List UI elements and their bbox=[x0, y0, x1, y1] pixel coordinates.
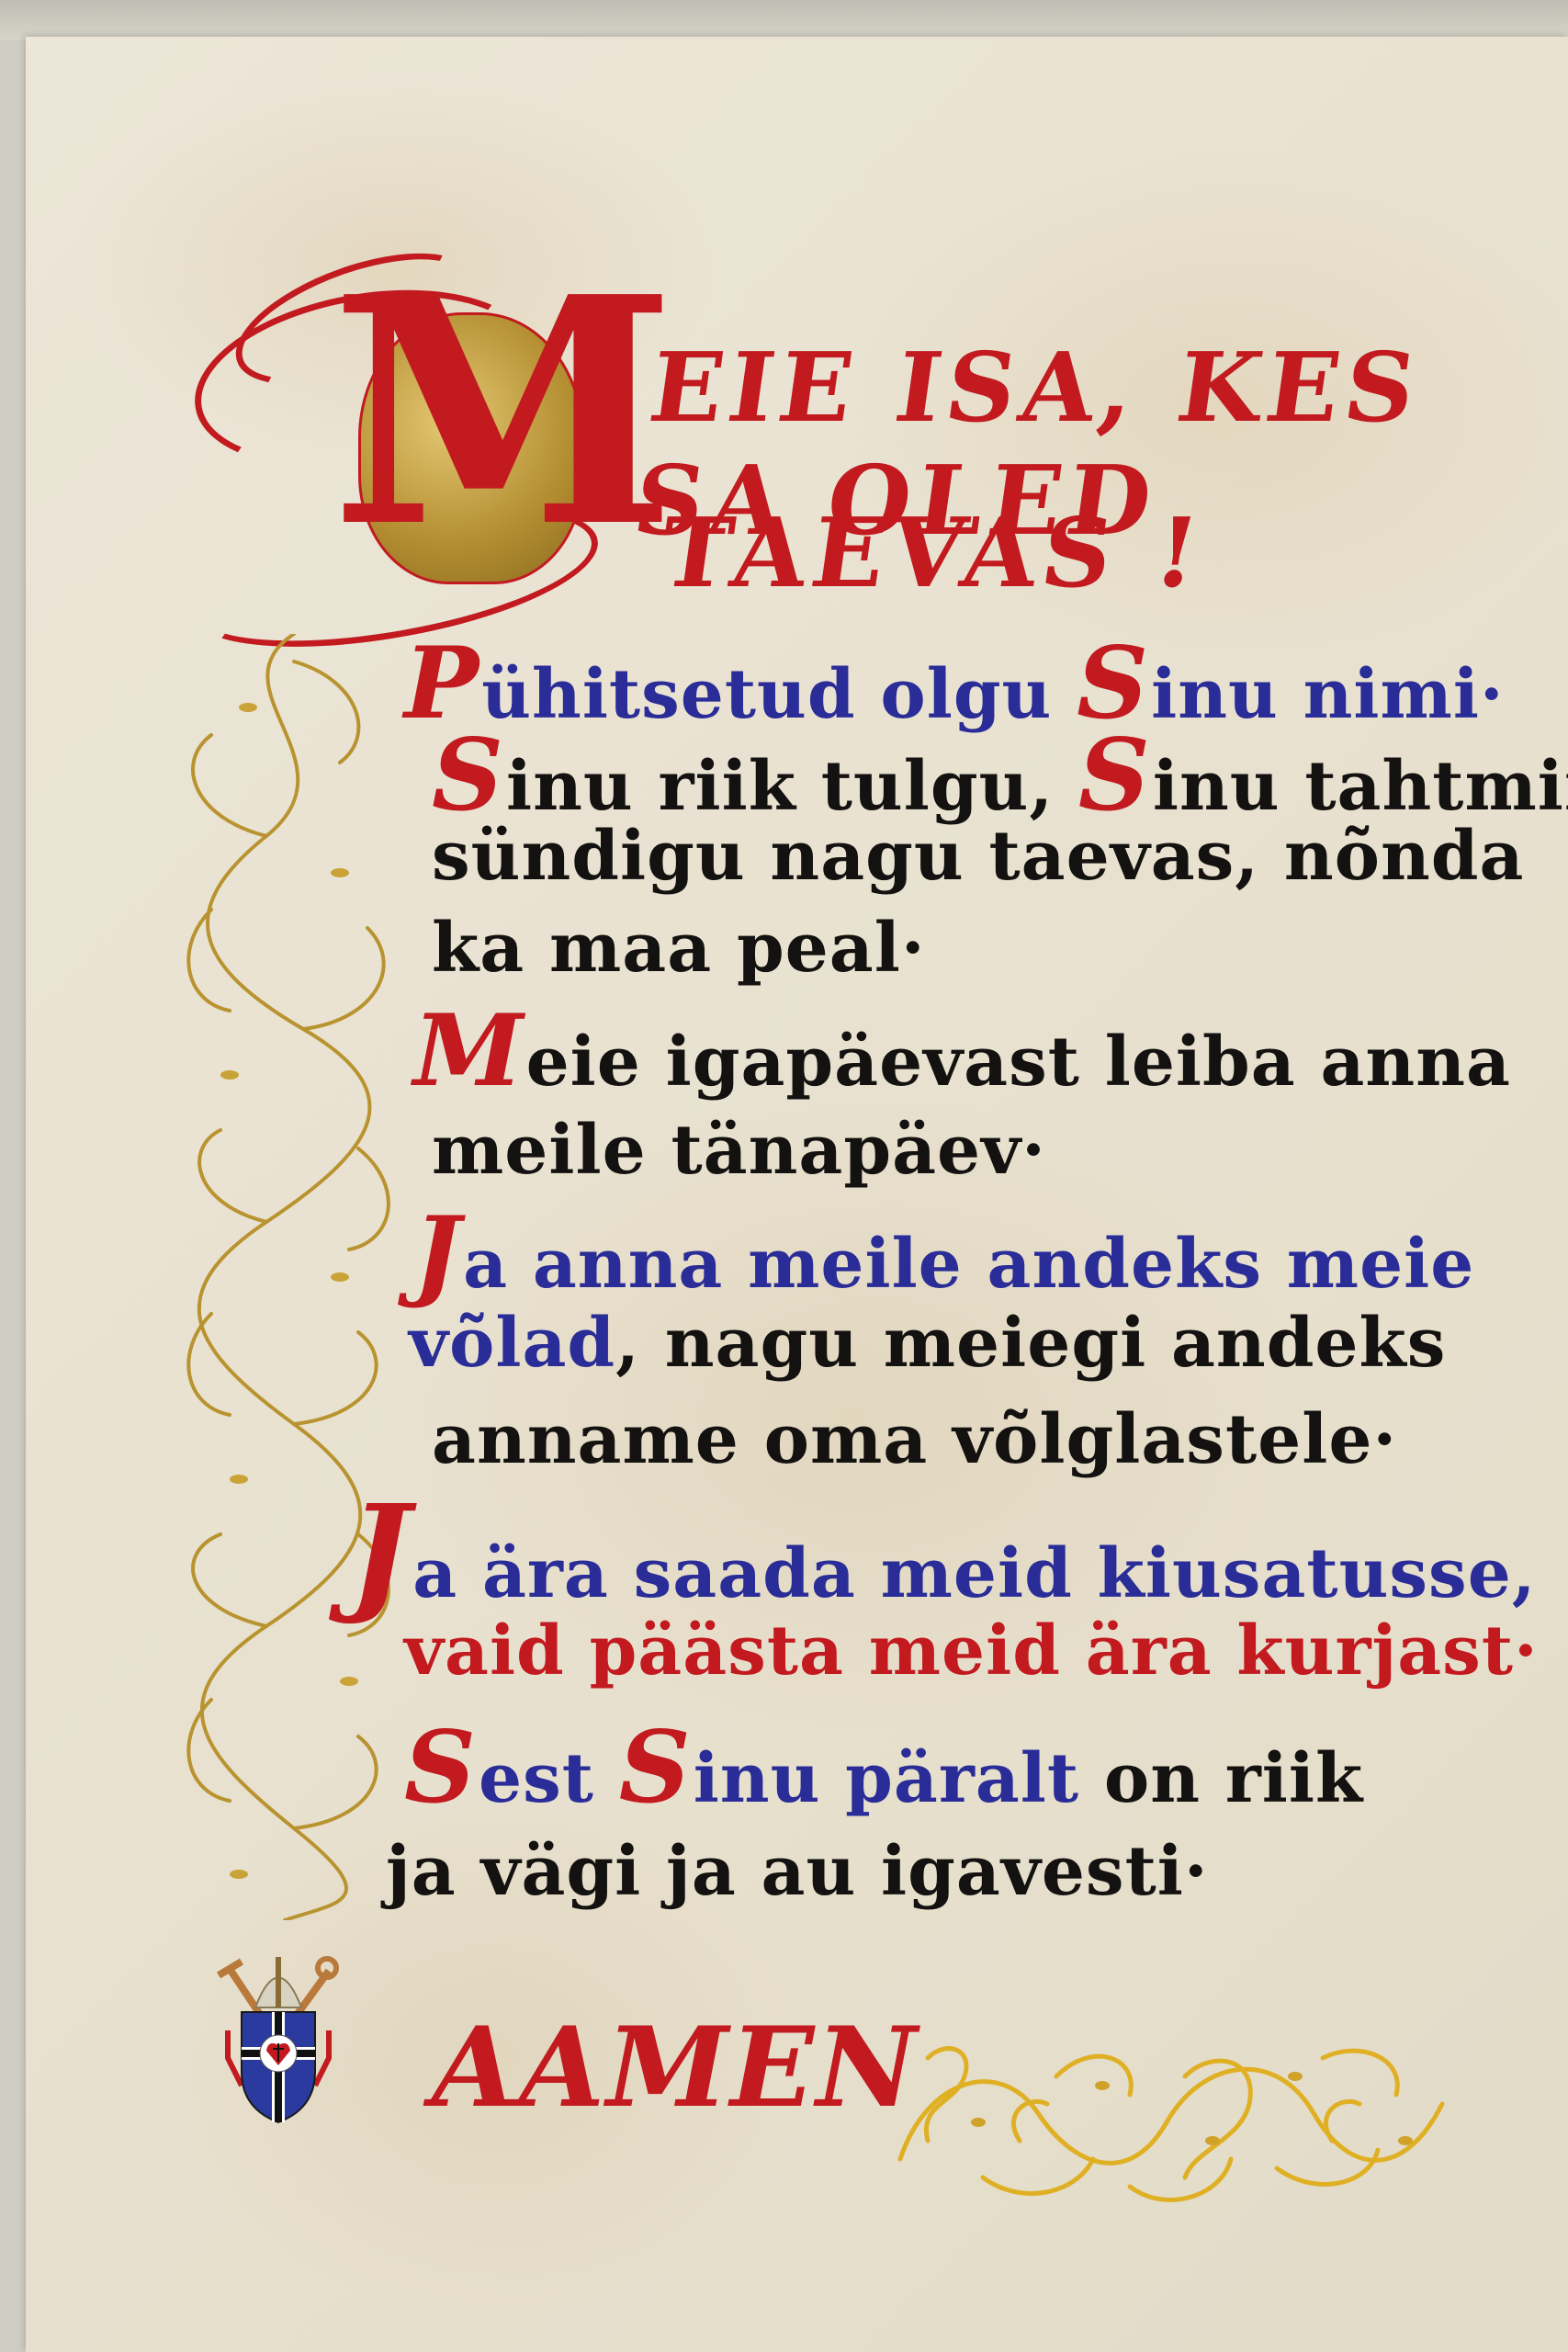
prayer-line-13: ja vägi ja au igavesti· bbox=[386, 1837, 1209, 1905]
prayer-line-4: ka maa peal· bbox=[432, 914, 926, 982]
line-text-black: on riik bbox=[1079, 1739, 1363, 1818]
line-text: est bbox=[479, 1739, 619, 1818]
amen-closing: AAMEN bbox=[432, 2003, 919, 2132]
prayer-line-2: Sinu riik tulgu, Sinu tahtmine bbox=[432, 726, 1568, 825]
prayer-line-5: Meie igapäevast leiba anna bbox=[413, 1001, 1511, 1101]
line-text: inu nimi· bbox=[1151, 655, 1505, 734]
line-text: inu riik tulgu, bbox=[506, 747, 1078, 826]
line-text: a ära saada meid kiusatusse, bbox=[412, 1534, 1536, 1613]
gold-flourish-icon bbox=[891, 2021, 1461, 2214]
red-initial: M bbox=[413, 993, 525, 1109]
line-text: inu tahtmine bbox=[1153, 747, 1568, 826]
prayer-line-6: meile tänapäev· bbox=[432, 1116, 1046, 1184]
prayer-line-1: Pühitsetud olgu Sinu nimi· bbox=[404, 634, 1505, 733]
red-initial: S bbox=[619, 1710, 692, 1826]
line-text: ühitsetud olgu bbox=[481, 655, 1077, 734]
red-initial: J bbox=[349, 1477, 411, 1628]
initial-letter: M bbox=[331, 257, 606, 570]
line-text: eie igapäevast leiba anna bbox=[526, 1023, 1511, 1102]
prayer-line-12: Sest Sinu päralt on riik bbox=[404, 1718, 1363, 1817]
line-text-blue: võlad bbox=[409, 1304, 615, 1383]
prayer-line-3: sündigu nagu taevas, nõnda bbox=[432, 822, 1524, 890]
line-text: a anna meile andeks meie bbox=[463, 1225, 1474, 1304]
background-surface bbox=[0, 0, 1568, 40]
prayer-line-7: Ja anna meile andeks meie bbox=[413, 1204, 1474, 1303]
prayer-line-9: anname oma võlglastele· bbox=[432, 1406, 1397, 1474]
red-initial: S bbox=[404, 1710, 477, 1826]
line-text: inu päralt bbox=[694, 1739, 1079, 1818]
prayer-line-8: võlad, nagu meiegi andeks bbox=[409, 1309, 1446, 1377]
prayer-line-11: vaid päästa meid ära kurjast· bbox=[404, 1617, 1539, 1685]
illuminated-initial: M bbox=[331, 294, 606, 588]
title-line-2: taevas ! bbox=[653, 496, 1211, 609]
gold-vine-border-icon bbox=[156, 634, 423, 1920]
red-initial: J bbox=[413, 1195, 461, 1311]
prayer-line-10: Ja ära saada meid kiusatusse, bbox=[349, 1488, 1537, 1617]
line-text: , nagu meiegi andeks bbox=[615, 1304, 1446, 1383]
coat-of-arms-icon bbox=[209, 1948, 347, 2131]
